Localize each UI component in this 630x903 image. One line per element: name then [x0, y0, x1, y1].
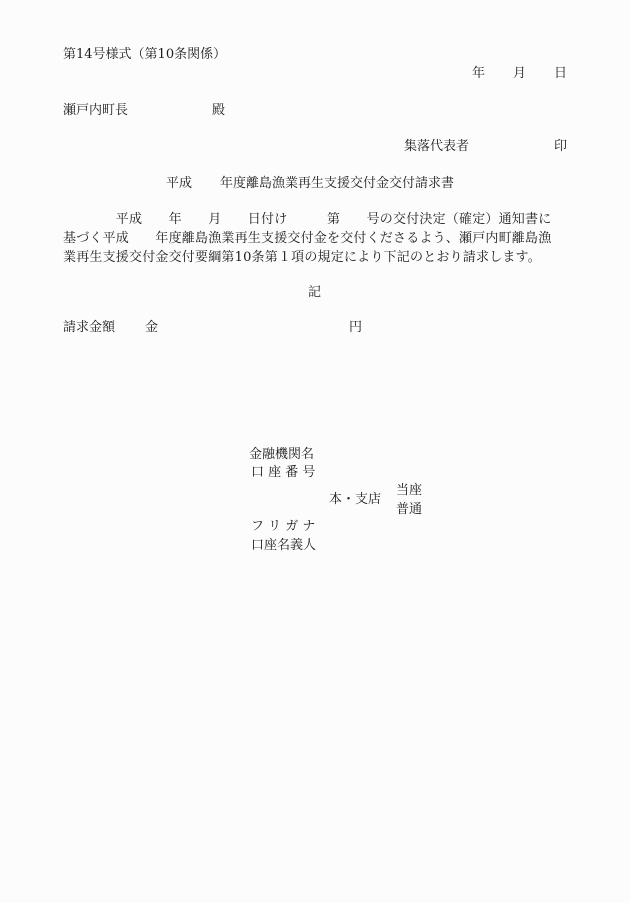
claim-unit: 円	[349, 320, 362, 336]
month-label: 月	[513, 66, 526, 82]
holder-label: 口座名義人	[251, 538, 316, 554]
account-type-current: 当座	[396, 483, 422, 499]
body-line-3: 業再生支援交付金交付要綱第10条第１項の規定により下記のとおり請求します。	[63, 248, 583, 267]
title-text: 年度離島漁業再生支援交付金交付請求書	[220, 176, 454, 192]
body-paragraph: 平成 年 月 日付け 第 号の交付決定（確定）通知書に 基づく平成 年度離島漁業…	[63, 210, 583, 267]
title-era: 平成	[166, 176, 192, 192]
account-number-label: 口 座 番 号	[251, 465, 315, 481]
day-label: 日	[554, 66, 567, 82]
applicant-label: 集落代表者	[404, 139, 469, 155]
furigana-label: フ リ ガ ナ	[251, 519, 315, 535]
ki-heading: 記	[308, 285, 321, 301]
seal-label: 印	[554, 139, 567, 155]
claim-prefix: 金	[145, 320, 158, 336]
addressee-honorific: 殿	[212, 103, 225, 119]
branch-label: 本・支店	[329, 492, 381, 508]
account-type-ordinary: 普通	[396, 502, 422, 518]
addressee-name: 瀬戸内町長	[63, 103, 128, 119]
year-label: 年	[472, 66, 485, 82]
institution-label: 金融機関名	[249, 447, 314, 463]
body-line-2: 基づく平成 年度離島漁業再生支援交付金を交付くださるよう、瀬戸内町離島漁	[63, 229, 583, 248]
claim-label: 請求金額	[63, 320, 115, 336]
form-number: 第14号様式（第10条関係）	[63, 47, 226, 63]
body-line-1: 平成 年 月 日付け 第 号の交付決定（確定）通知書に	[63, 210, 583, 229]
